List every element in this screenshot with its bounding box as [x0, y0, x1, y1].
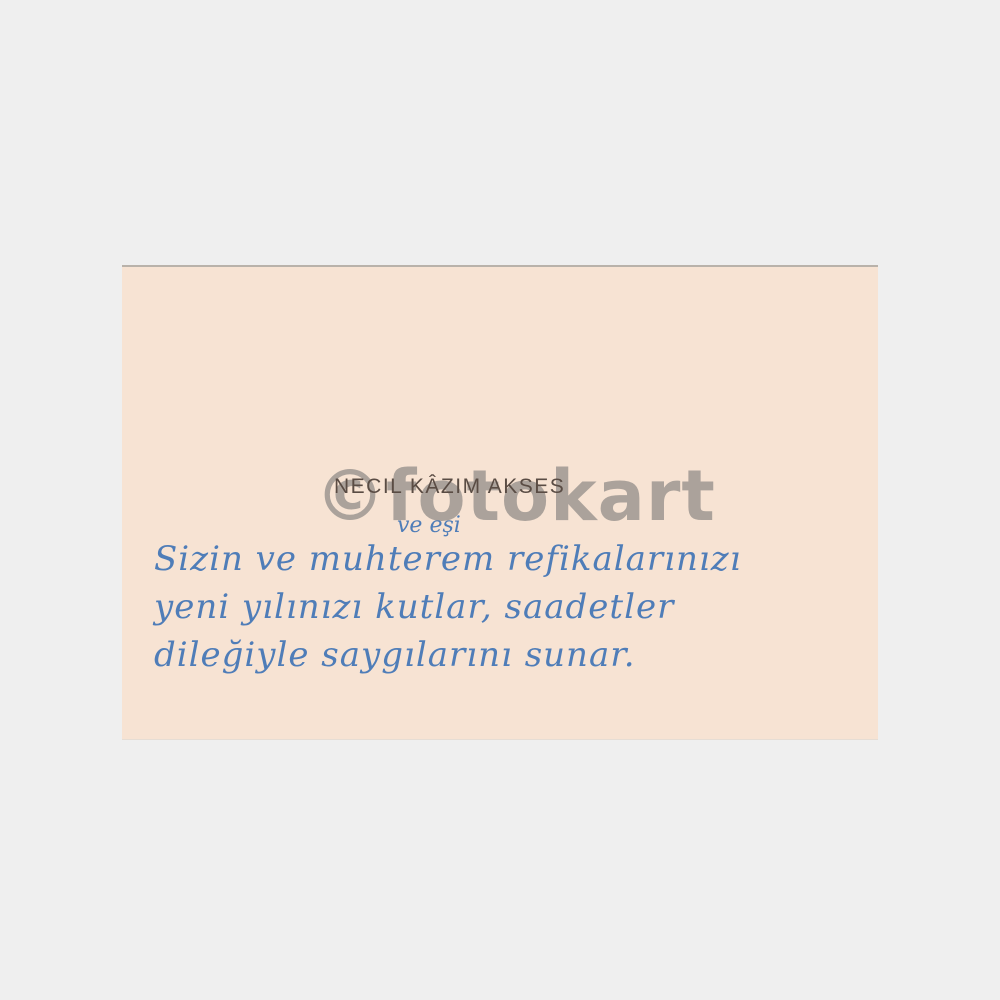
- business-card: ©fotokart NECIL KÂZIM AKSES ve eşi Sizin…: [122, 265, 878, 739]
- handwritten-line: dileğiyle saygılarını sunar.: [154, 635, 636, 675]
- handwritten-line: yeni yılınızı kutlar, saadetler: [154, 587, 674, 627]
- handwritten-line: ve eşi: [397, 513, 461, 538]
- handwritten-line: Sizin ve muhterem refikalarınızı: [154, 539, 742, 579]
- printed-name: NECIL KÂZIM AKSES: [334, 475, 565, 499]
